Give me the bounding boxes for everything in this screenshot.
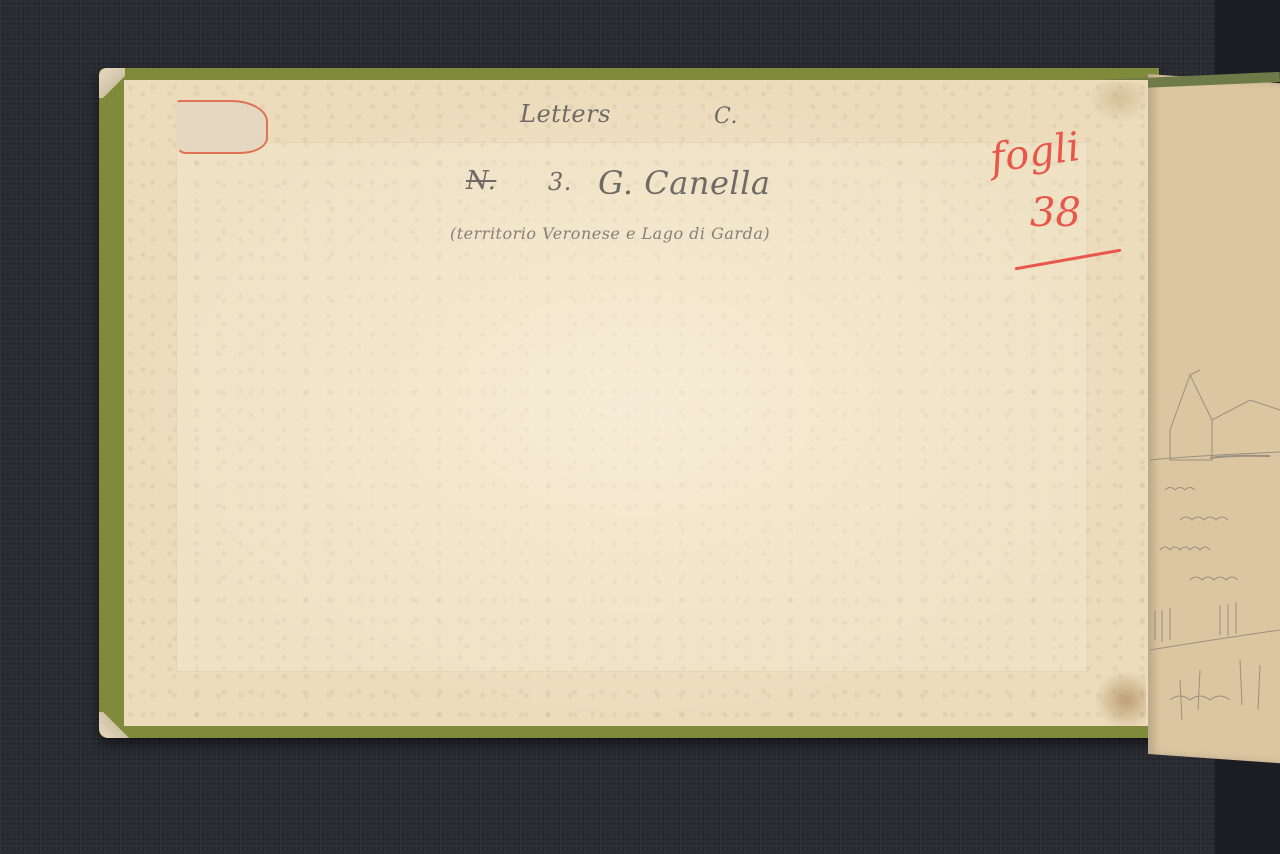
pencil-landscape-sketch bbox=[1150, 360, 1280, 750]
pencil-inscription-letters: Letters bbox=[520, 100, 611, 128]
paper-plate-mark bbox=[176, 142, 1088, 672]
foxing-stain bbox=[1090, 82, 1150, 122]
tape-residue-stain bbox=[176, 100, 268, 154]
pencil-inscription-letter: C. bbox=[714, 104, 738, 129]
pencil-inscription-struck: N. bbox=[466, 166, 496, 196]
water-stain bbox=[1096, 672, 1146, 728]
pencil-inscription-subtitle: (territorio Veronese e Lago di Garda) bbox=[450, 224, 770, 243]
pencil-inscription-artist: G. Canella bbox=[598, 164, 770, 202]
red-crayon-sheet-count: 38 bbox=[1030, 190, 1081, 236]
pencil-inscription-number: 3. bbox=[548, 168, 572, 196]
worn-corner-top-left bbox=[99, 68, 125, 98]
